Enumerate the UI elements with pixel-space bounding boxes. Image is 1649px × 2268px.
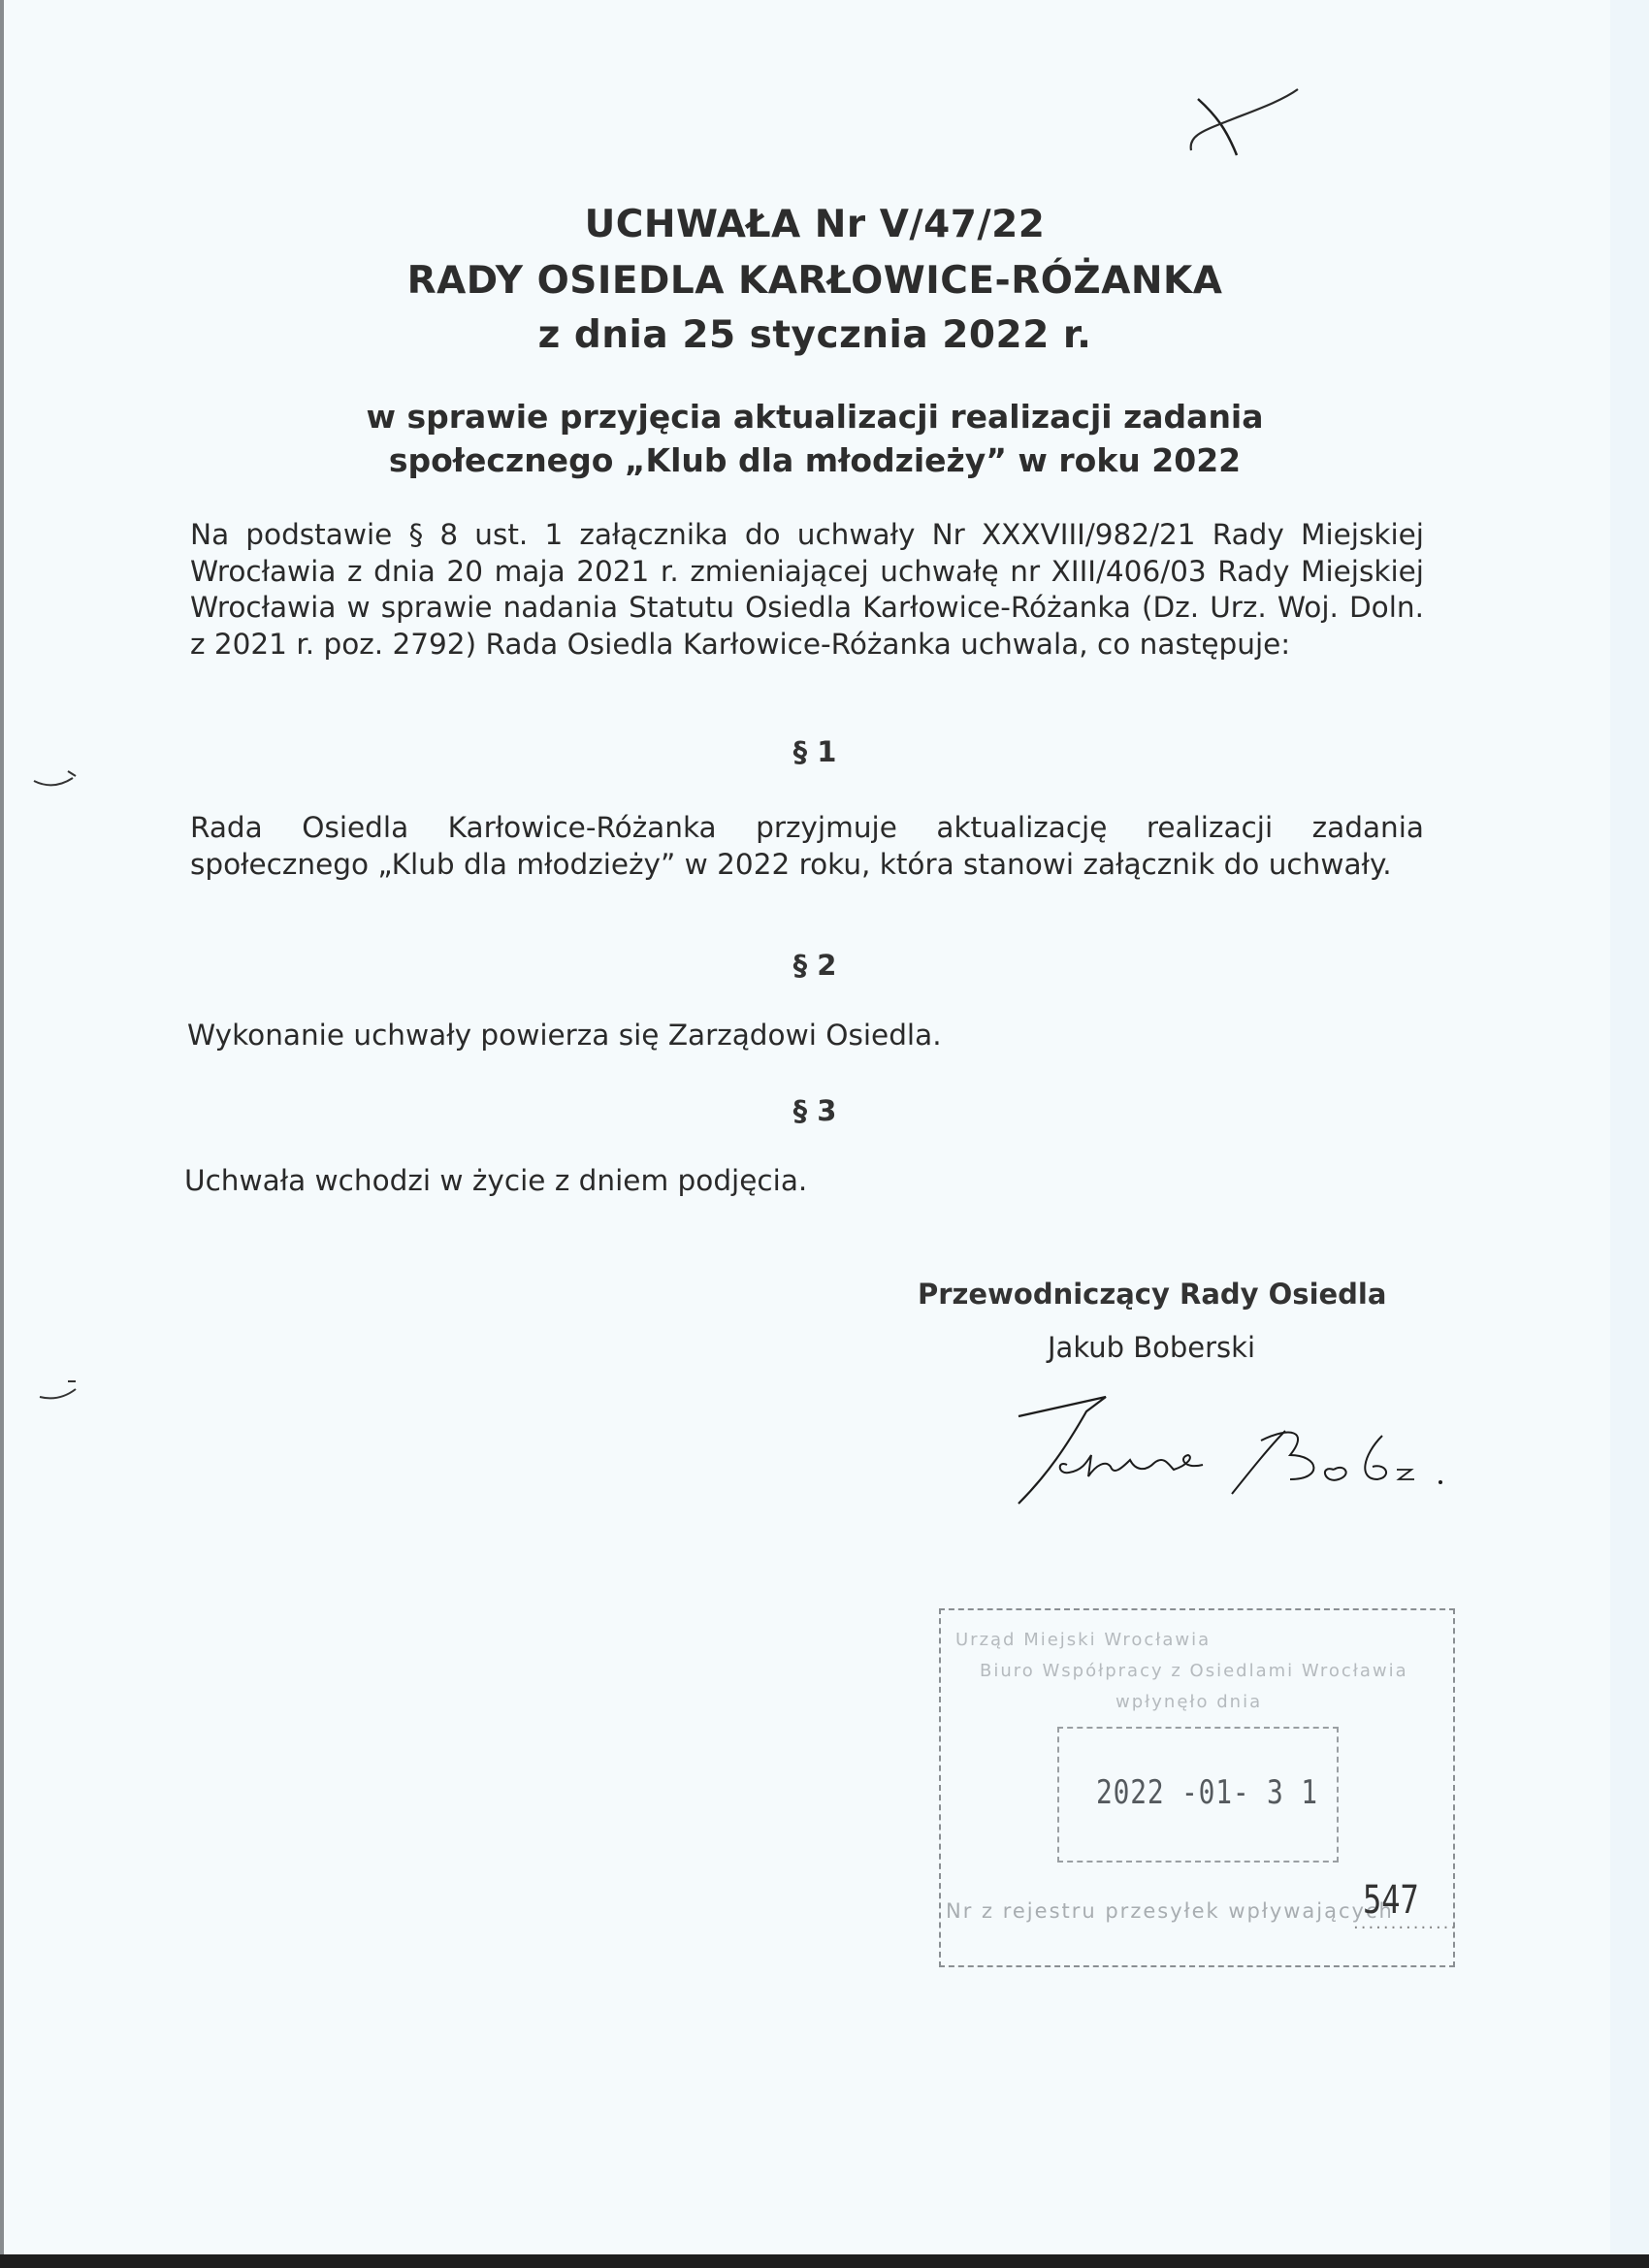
paragraph-3-text: Uchwała wchodzi w życie z dniem podjęcia… — [184, 1164, 807, 1197]
scanned-page: UCHWAŁA Nr V/47/22 RADY OSIEDLA KARŁOWIC… — [0, 0, 1649, 2268]
signatory-name: Jakub Boberski — [1048, 1331, 1255, 1364]
stamp-header-line-1: Urząd Miejski Wrocławia — [955, 1630, 1211, 1650]
paragraph-mark-2: § 2 — [0, 949, 1630, 982]
margin-mark-icon — [35, 1377, 93, 1407]
scan-bottom-edge — [0, 2254, 1649, 2268]
handwritten-x-mark-icon — [1174, 68, 1309, 165]
stamp-header-line-2: Biuro Współpracy z Osiedlami Wrocławia — [980, 1661, 1408, 1681]
subject-line-2: społecznego „Klub dla młodzieży” w roku … — [0, 444, 1630, 476]
stamp-header-line-3: wpłynęło dnia — [1115, 1692, 1262, 1712]
resolution-number: UCHWAŁA Nr V/47/22 — [0, 206, 1630, 243]
handwritten-signature-icon — [999, 1387, 1455, 1513]
preamble-paragraph: Na podstawie § 8 ust. 1 załącznika do uc… — [190, 517, 1424, 663]
signatory-role: Przewodniczący Rady Osiedla — [918, 1278, 1386, 1311]
paragraph-1-text: Rada Osiedla Karłowice-Różanka przyjmuje… — [190, 810, 1424, 883]
subject-line-1: w sprawie przyjęcia aktualizacji realiza… — [0, 401, 1630, 433]
margin-mark-icon — [29, 766, 87, 795]
stamp-register-label: Nr z rejestru przesyłek wpływających — [946, 1899, 1394, 1923]
paragraph-mark-1: § 1 — [0, 735, 1630, 768]
council-name: RADY OSIEDLA KARŁOWICE-RÓŻANKA — [0, 262, 1630, 300]
paragraph-2-text: Wykonanie uchwały powierza się Zarządowi… — [187, 1019, 942, 1052]
stamp-register-number: 547 — [1363, 1878, 1419, 1923]
stamp-date: 2022 -01- 3 1 — [1096, 1773, 1318, 1812]
resolution-date: z dnia 25 stycznia 2022 r. — [0, 316, 1630, 354]
paragraph-mark-3: § 3 — [0, 1094, 1630, 1127]
